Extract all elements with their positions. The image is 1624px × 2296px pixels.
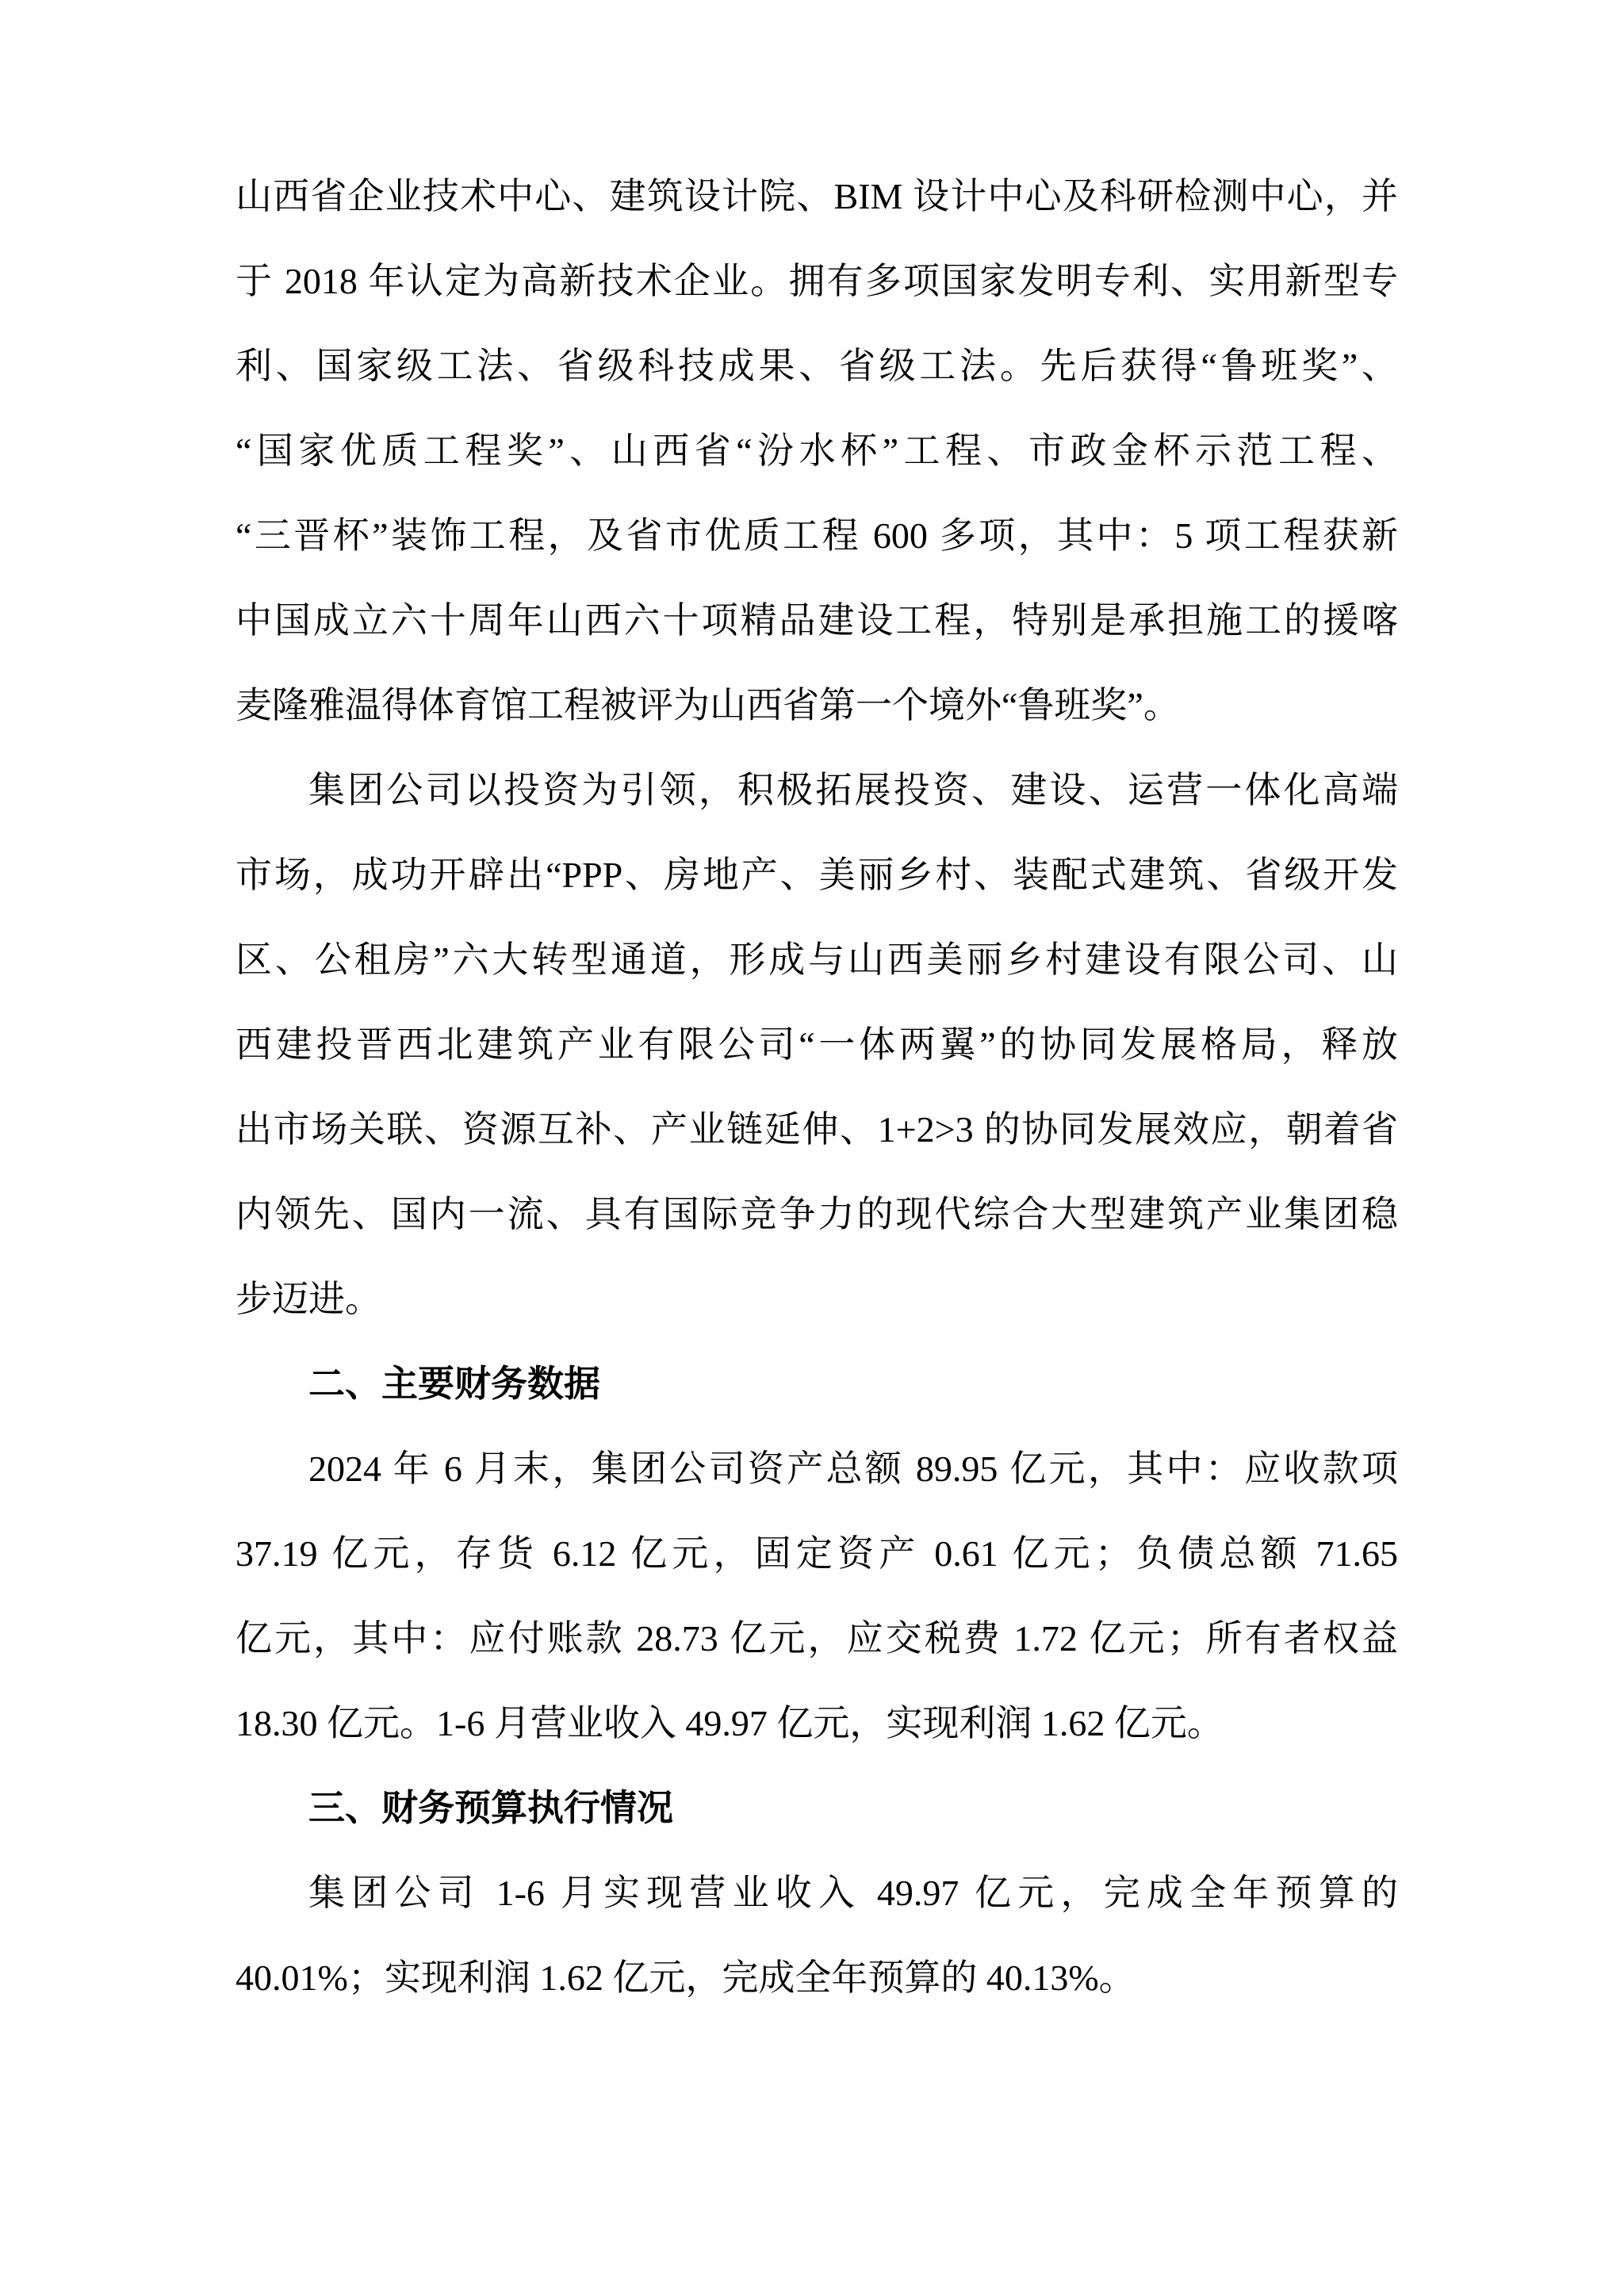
paragraph-line: “三晋杯”装饰工程，及省市优质工程 600 多项，其中：5 项工程获新	[236, 493, 1398, 578]
section-heading-finance-data: 二、主要财务数据	[236, 1341, 1398, 1426]
paragraph-line: “国家优质工程奖”、山西省“汾水杯”工程、市政金杯示范工程、	[236, 408, 1398, 493]
paragraph-line: 集团公司 1-6 月实现营业收入 49.97 亿元，完成全年预算的	[236, 1850, 1398, 1935]
paragraph-line: 亿元，其中：应付账款 28.73 亿元，应交税费 1.72 亿元；所有者权益	[236, 1596, 1398, 1681]
paragraph-line: 西建投晋西北建筑产业有限公司“一体两翼”的协同发展格局，释放	[236, 1002, 1398, 1087]
paragraph-line: 于 2018 年认定为高新技术企业。拥有多项国家发明专利、实用新型专	[236, 239, 1398, 323]
paragraph-line: 区、公租房”六大转型通道，形成与山西美丽乡村建设有限公司、山	[236, 917, 1398, 1002]
paragraph-line: 中国成立六十周年山西六十项精品建设工程，特别是承担施工的援喀	[236, 578, 1398, 663]
document-page: 山西省企业技术中心、建筑设计院、BIM 设计中心及科研检测中心，并 于 2018…	[0, 0, 1624, 2296]
paragraph-line: 步迈进。	[236, 1257, 1398, 1341]
paragraph-line: 市场，成功开辟出“PPP、房地产、美丽乡村、装配式建筑、省级开发	[236, 832, 1398, 917]
paragraph-line: 麦隆雅温得体育馆工程被评为山西省第一个境外“鲁班奖”。	[236, 663, 1398, 748]
paragraph-line: 山西省企业技术中心、建筑设计院、BIM 设计中心及科研检测中心，并	[236, 154, 1398, 239]
paragraph-line: 40.01%；实现利润 1.62 亿元，完成全年预算的 40.13%。	[236, 1935, 1398, 2020]
section-heading-budget-execution: 三、财务预算执行情况	[236, 1766, 1398, 1850]
paragraph-line: 2024 年 6 月末，集团公司资产总额 89.95 亿元，其中：应收款项	[236, 1426, 1398, 1511]
paragraph-line: 出市场关联、资源互补、产业链延伸、1+2>3 的协同发展效应，朝着省	[236, 1087, 1398, 1172]
paragraph-line: 集团公司以投资为引领，积极拓展投资、建设、运营一体化高端	[236, 748, 1398, 832]
paragraph-line: 18.30 亿元。1-6 月营业收入 49.97 亿元，实现利润 1.62 亿元…	[236, 1681, 1398, 1766]
paragraph-line: 内领先、国内一流、具有国际竞争力的现代综合大型建筑产业集团稳	[236, 1172, 1398, 1257]
paragraph-line: 利、国家级工法、省级科技成果、省级工法。先后获得“鲁班奖”、	[236, 323, 1398, 408]
paragraph-line: 37.19 亿元，存货 6.12 亿元，固定资产 0.61 亿元；负债总额 71…	[236, 1511, 1398, 1596]
